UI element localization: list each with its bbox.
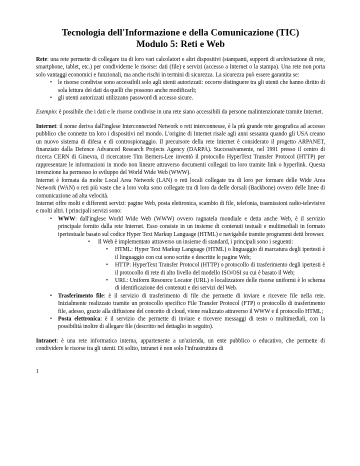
list-item-text: Il Web è implementato attraverso un insi… — [98, 239, 293, 245]
bullet-icon: • — [50, 215, 52, 223]
list-item-url: • URL: Uniform Resource Locator (URL) o … — [36, 277, 325, 292]
document-title: Tecnologia dell'Informazione e della Com… — [36, 27, 325, 50]
bullet-icon: • — [50, 79, 52, 87]
list-item-text: HTML: Hyper Text Markup Language (HTML) … — [115, 247, 325, 261]
term-posta-elettronica: Posta elettronica — [58, 316, 100, 322]
list-item-web-standards-intro: • Il Web è implementato attraverso un in… — [36, 238, 325, 246]
paragraph-internet-lan-wan-text: Internet è formata da molte Local Area N… — [36, 177, 325, 198]
bullet-icon: • — [50, 95, 52, 103]
paragraph-internet-servizi-text: Internet offre molti e differenti serviz… — [36, 200, 325, 214]
bullet-icon: • — [106, 277, 108, 285]
paragraph-intranet: Intranet: è una rete informatica interna… — [36, 337, 325, 352]
term-intranet: Intranet — [36, 338, 56, 344]
paragraph-rete-text: : una rete permette di collegare tra di … — [36, 57, 325, 78]
paragraph-intranet-text: : è una rete informatica interna, appart… — [36, 338, 325, 352]
paragraph-esempio: Esempio: è possibile che i dati e le ris… — [36, 109, 325, 117]
paragraph-internet-servizi: Internet offre molti e differenti serviz… — [36, 200, 325, 215]
term-internet: Internet — [36, 123, 56, 129]
document-page: Tecnologia dell'Informazione e della Com… — [0, 0, 360, 466]
bullet-icon: • — [106, 262, 108, 270]
list-item-rete-2: • gli utenti autorizzati utilizzano pass… — [36, 95, 325, 103]
page-number: 1 — [36, 368, 325, 376]
paragraph-rete: Rete: una rete permette di collegare tra… — [36, 56, 325, 79]
list-item-text: URL: Uniform Resource Locator (URL) o lo… — [115, 277, 325, 291]
list-item-html: • HTML: Hyper Text Markup Language (HTML… — [36, 246, 325, 261]
paragraph-esempio-text: : è possibile che i dati e le risorse co… — [56, 109, 323, 115]
list-item-http: • HTTP: HyperText Transfer Protocol (HTT… — [36, 262, 325, 277]
bullet-icon: • — [106, 246, 108, 254]
bullet-icon: • — [50, 292, 52, 300]
term-www: WWW — [58, 216, 75, 222]
list-item-www-text: : dall'inglese World Wide Web (WWW) ovve… — [58, 216, 325, 237]
list-item-text: HTTP: HyperText Transfer Protocol (HTTP)… — [115, 262, 325, 276]
bullet-icon: • — [88, 238, 90, 246]
title-line-1: Tecnologia dell'Informazione e della Com… — [36, 27, 325, 39]
document-content: Tecnologia dell'Informazione e della Com… — [36, 27, 325, 376]
title-line-2: Modulo 5: Reti e Web — [36, 39, 325, 51]
list-item-trasferimento-file: • Trasferimento file: è il servizio di t… — [36, 292, 325, 315]
bullet-icon: • — [50, 316, 52, 324]
paragraph-internet-lan-wan: Internet è formata da molte Local Area N… — [36, 177, 325, 200]
list-item-text: le risorse condivise sono accessibili so… — [58, 80, 325, 94]
list-item-rete-1: • le risorse condivise sono accessibili … — [36, 79, 325, 94]
term-esempio: Esempio — [36, 109, 56, 115]
paragraph-internet-text: : il nome deriva dall'inglese Interconne… — [36, 123, 325, 175]
paragraph-internet: Internet: il nome deriva dall'inglese In… — [36, 123, 325, 177]
term-rete: Rete — [36, 57, 47, 63]
list-item-posta-elettronica: • Posta elettronica: è il servizio che p… — [36, 316, 325, 331]
list-item-www: • WWW: dall'inglese World Wide Web (WWW)… — [36, 215, 325, 238]
list-item-text: gli utenti autorizzati utilizzano passwo… — [58, 95, 193, 101]
term-trasferimento-file: Trasferimento file — [58, 293, 104, 299]
